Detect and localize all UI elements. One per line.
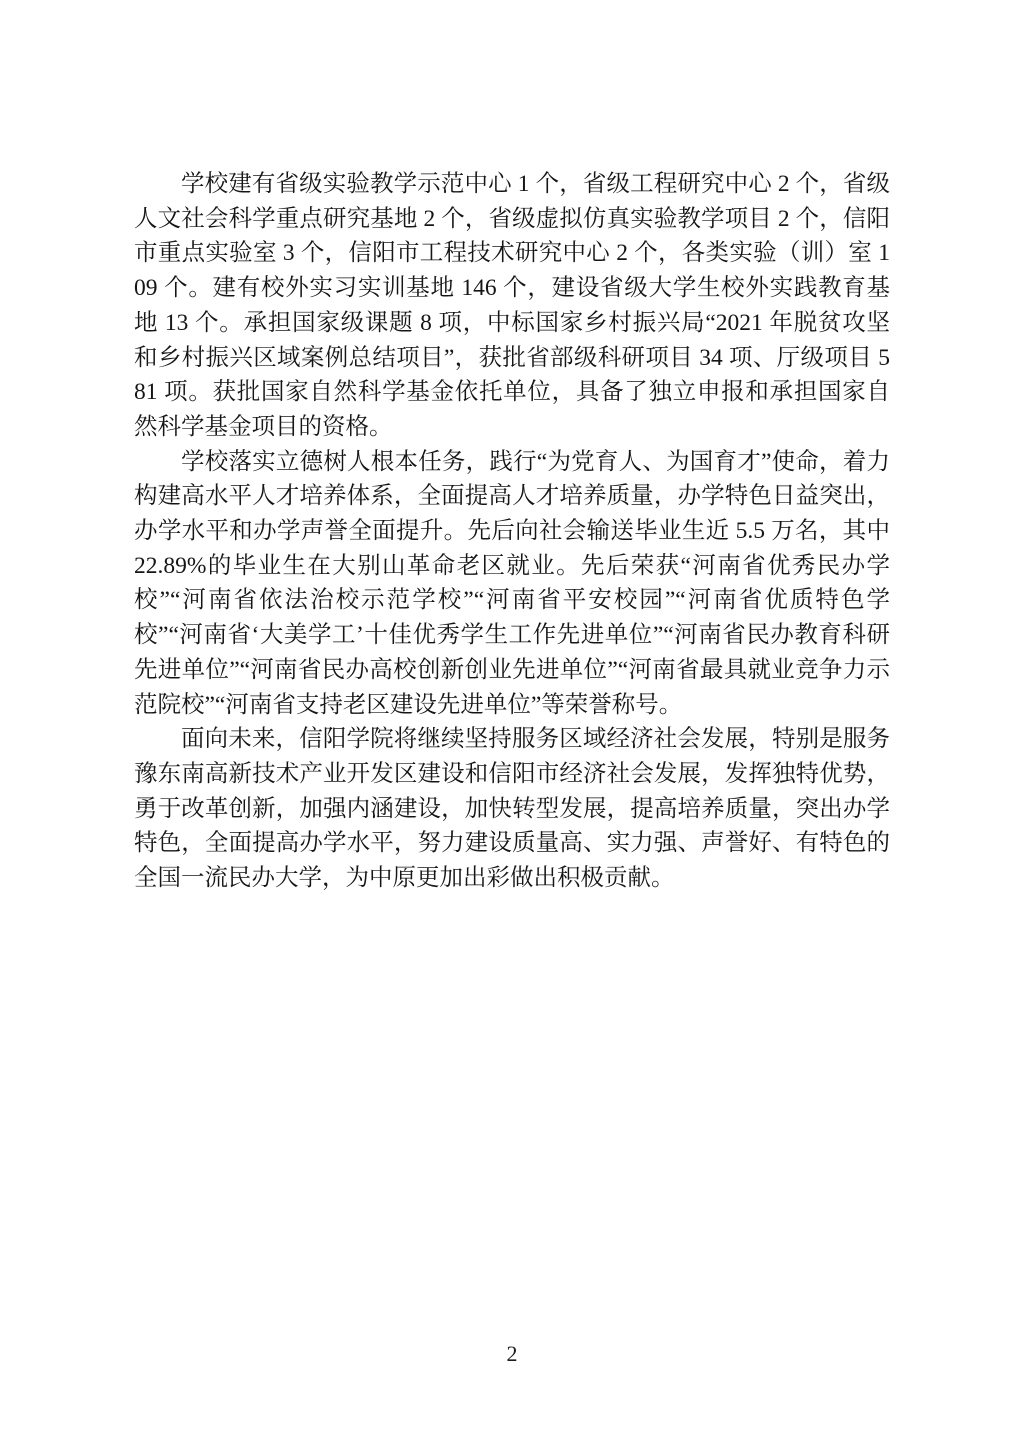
- document-body: 学校建有省级实验教学示范中心 1 个，省级工程研究中心 2 个，省级人文社会科学…: [134, 167, 890, 896]
- page-number: 2: [0, 1340, 1024, 1368]
- paragraph-future-outlook: 面向未来，信阳学院将继续坚持服务区域经济社会发展，特别是服务豫东南高新技术产业开…: [134, 722, 890, 896]
- document-page: 学校建有省级实验教学示范中心 1 个，省级工程研究中心 2 个，省级人文社会科学…: [0, 0, 1024, 1448]
- paragraph-talent-honors: 学校落实立德树人根本任务，践行“为党育人、为国育才”使命，着力构建高水平人才培养…: [134, 445, 890, 723]
- paragraph-facilities-research: 学校建有省级实验教学示范中心 1 个，省级工程研究中心 2 个，省级人文社会科学…: [134, 167, 890, 445]
